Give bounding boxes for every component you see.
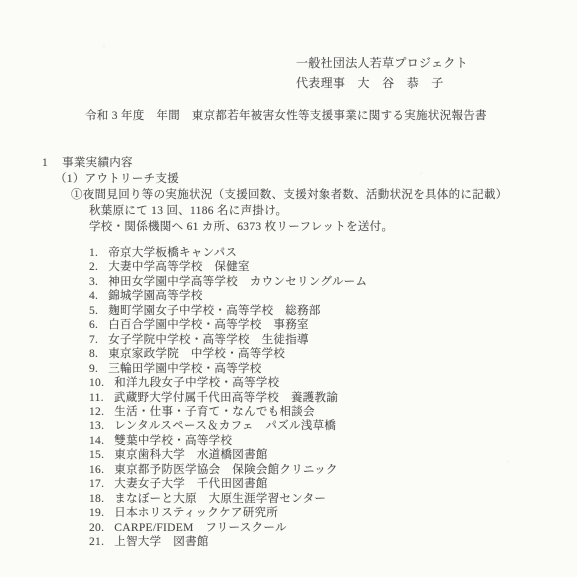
list-item-text: 帝京大学板橋キャンパス xyxy=(108,247,237,259)
list-item-number: 8. xyxy=(89,347,98,361)
list-item-text: 東京家政学院 中学校・高等学校 xyxy=(108,348,285,360)
list-item: 15.東京歯科大学 水道橋図書館 xyxy=(89,448,367,462)
list-item-number: 5. xyxy=(89,304,98,318)
list-item: 11.武蔵野大学付属千代田高等学校 養護教諭 xyxy=(89,391,367,405)
list-item-text: 神田女学園中学高等学校 カウンセリングルーム xyxy=(108,276,367,288)
section-number: 1 xyxy=(42,156,48,170)
list-item-text: CARPE/FIDEM フリースクール xyxy=(114,522,286,534)
list-item-number: 11. xyxy=(89,391,104,405)
list-item-text: 和洋九段女子中学校・高等学校 xyxy=(114,377,279,389)
list-item-number: 4. xyxy=(89,289,98,303)
list-item-text: 大妻女子大学 千代田図書館 xyxy=(114,478,267,490)
item-heading: ①夜間見回り等の実施状況（支援回数、支援対象者数、活動状況を具体的に記載） xyxy=(71,188,508,202)
list-item-text: 上智大学 図書館 xyxy=(114,536,208,548)
location-list: 1.帝京大学板橋キャンパス 2.大妻中学高等学校 保健室 3.神田女学園中学高等… xyxy=(89,246,367,550)
list-item-number: 15. xyxy=(89,448,104,462)
list-item: 12.生活・仕事・子育て・なんでも相談会 xyxy=(89,405,367,419)
list-item: 17.大妻女子大学 千代田図書館 xyxy=(89,477,367,491)
list-item: 3.神田女学園中学高等学校 カウンセリングルーム xyxy=(89,275,367,289)
list-item: 6.白百合学園中学校・高等学校 事務室 xyxy=(89,318,367,332)
list-item-number: 3. xyxy=(89,275,98,289)
list-item: 9.三輪田学園中学校・高等学校 xyxy=(89,362,367,376)
report-title: 令和 3 年度 年間 東京都若年被害女性等支援事業に関する実施状況報告書 xyxy=(85,109,487,123)
section-heading: 事業実績内容 xyxy=(62,157,133,169)
list-item-number: 7. xyxy=(89,333,98,347)
list-item: 8.東京家政学院 中学校・高等学校 xyxy=(89,347,367,361)
list-item-text: まなぼーと大原 大原生涯学習センター xyxy=(114,493,326,505)
list-item-number: 9. xyxy=(89,362,98,376)
list-item: 13.レンタルスペース＆カフェ パズル浅草橋 xyxy=(89,419,367,433)
list-item-text: 三輪田学園中学校・高等学校 xyxy=(108,363,261,375)
list-item-number: 21. xyxy=(89,535,104,549)
list-item: 20.CARPE/FIDEM フリースクール xyxy=(89,521,367,535)
list-item-number: 1. xyxy=(89,246,98,260)
list-item-text: 雙葉中学校・高等学校 xyxy=(114,435,232,447)
list-item-text: 錦城学園高等学校 xyxy=(108,290,202,302)
list-item: 14.雙葉中学校・高等学校 xyxy=(89,434,367,448)
list-item: 5.麹町学園女子中学校・高等学校 総務部 xyxy=(89,304,367,318)
list-item-text: 武蔵野大学付属千代田高等学校 養護教諭 xyxy=(114,392,338,404)
list-item: 18.まなぼーと大原 大原生涯学習センター xyxy=(89,492,367,506)
list-item-text: 白百合学園中学校・高等学校 事務室 xyxy=(108,319,309,331)
list-item-number: 18. xyxy=(89,492,104,506)
list-item-number: 10. xyxy=(89,376,104,390)
list-item-number: 14. xyxy=(89,434,104,448)
list-item-text: 女子学院中学校・高等学校 生徒指導 xyxy=(108,334,309,346)
list-item: 7.女子学院中学校・高等学校 生徒指導 xyxy=(89,333,367,347)
list-item-number: 6. xyxy=(89,318,98,332)
organization-name: 一般社団法人若草プロジェクト xyxy=(296,53,468,73)
representative-name: 代表理事 大 谷 恭 子 xyxy=(296,73,468,93)
list-item-number: 2. xyxy=(89,260,98,274)
list-item-text: 大妻中学高等学校 保健室 xyxy=(108,261,250,273)
list-item: 16.東京都予防医学協会 保険会館クリニック xyxy=(89,463,367,477)
section-heading-line: 1事業実績内容 xyxy=(42,156,133,170)
list-item: 2.大妻中学高等学校 保健室 xyxy=(89,260,367,274)
subsection-heading: （1）アウトリーチ支援 xyxy=(55,172,179,186)
list-item-number: 20. xyxy=(89,521,104,535)
list-item-text: 東京都予防医学協会 保険会館クリニック xyxy=(114,464,338,476)
list-item: 19.日本ホリスティックケア研究所 xyxy=(89,506,367,520)
scanned-report-page: 一般社団法人若草プロジェクト 代表理事 大 谷 恭 子 令和 3 年度 年間 東… xyxy=(0,0,577,577)
list-item-number: 12. xyxy=(89,405,104,419)
document-header: 一般社団法人若草プロジェクト 代表理事 大 谷 恭 子 xyxy=(296,53,468,93)
list-item-text: 東京歯科大学 水道橋図書館 xyxy=(114,449,267,461)
list-item-text: 麹町学園女子中学校・高等学校 総務部 xyxy=(108,305,320,317)
detail-line: 秋葉原にて 13 回、1186 名に声掛け。 xyxy=(89,204,287,218)
list-item-text: レンタルスペース＆カフェ パズル浅草橋 xyxy=(114,420,336,432)
list-item-number: 17. xyxy=(89,477,104,491)
list-item: 4.錦城学園高等学校 xyxy=(89,289,367,303)
list-item-text: 生活・仕事・子育て・なんでも相談会 xyxy=(114,406,315,418)
list-item-text: 日本ホリスティックケア研究所 xyxy=(114,507,278,519)
detail-line: 学校・関係機関へ 61 カ所、6373 枚リーフレットを送付。 xyxy=(89,220,393,234)
list-item: 21.上智大学 図書館 xyxy=(89,535,367,549)
list-item-number: 16. xyxy=(89,463,104,477)
list-item: 1.帝京大学板橋キャンパス xyxy=(89,246,367,260)
list-item-number: 19. xyxy=(89,506,104,520)
list-item: 10.和洋九段女子中学校・高等学校 xyxy=(89,376,367,390)
list-item-number: 13. xyxy=(89,419,104,433)
